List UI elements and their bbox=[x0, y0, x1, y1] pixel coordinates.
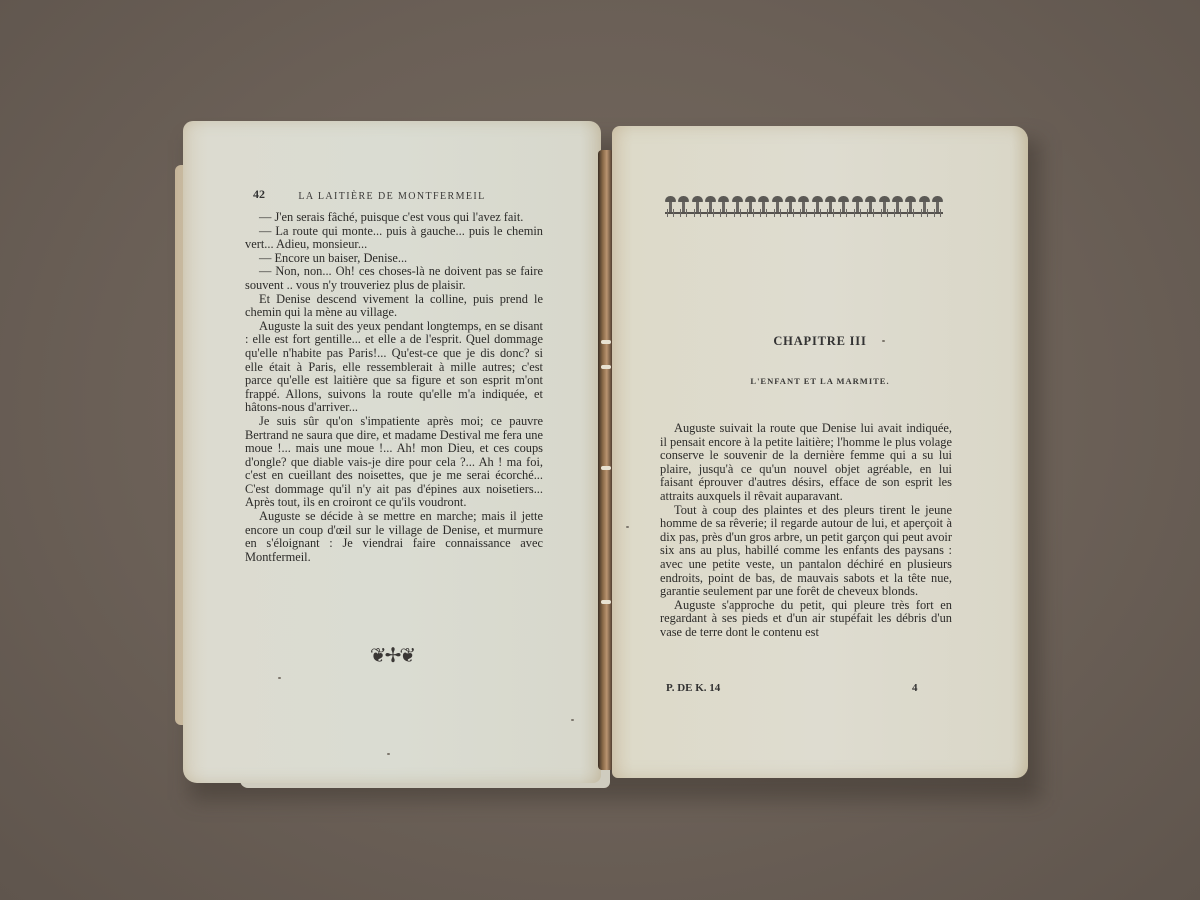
tailpiece-ornament-icon: ❦✢❦ bbox=[183, 643, 601, 668]
binding-thread bbox=[601, 466, 611, 470]
paragraph: Auguste se décide à se mettre en marche;… bbox=[245, 510, 543, 564]
binding-thread bbox=[601, 340, 611, 344]
binding-thread bbox=[601, 365, 611, 369]
right-page: CHAPITRE III L'ENFANT ET LA MARMITE. Aug… bbox=[612, 126, 1028, 778]
running-head: LA LAITIÈRE DE MONTFERMEIL bbox=[183, 191, 601, 202]
left-page: 42 LA LAITIÈRE DE MONTFERMEIL — J'en ser… bbox=[183, 121, 601, 783]
signature-mark: 4 bbox=[912, 682, 918, 694]
paragraph: — J'en serais fâché, puisque c'est vous … bbox=[245, 211, 543, 225]
binding-thread bbox=[601, 600, 611, 604]
chapter-title: CHAPITRE III bbox=[612, 334, 1028, 349]
paragraph: Et Denise descend vivement la colline, p… bbox=[245, 293, 543, 320]
paper-speck bbox=[278, 677, 281, 679]
paper-speck bbox=[626, 526, 629, 528]
paper-speck bbox=[882, 340, 885, 342]
paragraph: — Non, non... Oh! ces choses-là ne doive… bbox=[245, 265, 543, 292]
left-page-text: — J'en serais fâché, puisque c'est vous … bbox=[245, 211, 543, 564]
chapter-subtitle: L'ENFANT ET LA MARMITE. bbox=[612, 376, 1028, 386]
paragraph: Tout à coup des plaintes et des pleurs t… bbox=[660, 504, 952, 599]
paper-speck bbox=[387, 753, 390, 755]
paragraph: Auguste s'approche du petit, qui pleure … bbox=[660, 599, 952, 640]
paper-speck bbox=[571, 719, 574, 721]
paragraph: — Encore un baiser, Denise... bbox=[245, 252, 543, 266]
header-frieze-ornament-icon bbox=[665, 192, 943, 214]
right-page-text: Auguste suivait la route que Denise lui … bbox=[660, 422, 952, 640]
paragraph: Auguste suivait la route que Denise lui … bbox=[660, 422, 952, 504]
paragraph: Je suis sûr qu'on s'impatiente après moi… bbox=[245, 415, 543, 510]
paragraph: Auguste la suit des yeux pendant longtem… bbox=[245, 320, 543, 415]
paragraph: — La route qui monte... puis à gauche...… bbox=[245, 225, 543, 252]
printer-signature: P. DE K. 14 bbox=[666, 682, 720, 694]
